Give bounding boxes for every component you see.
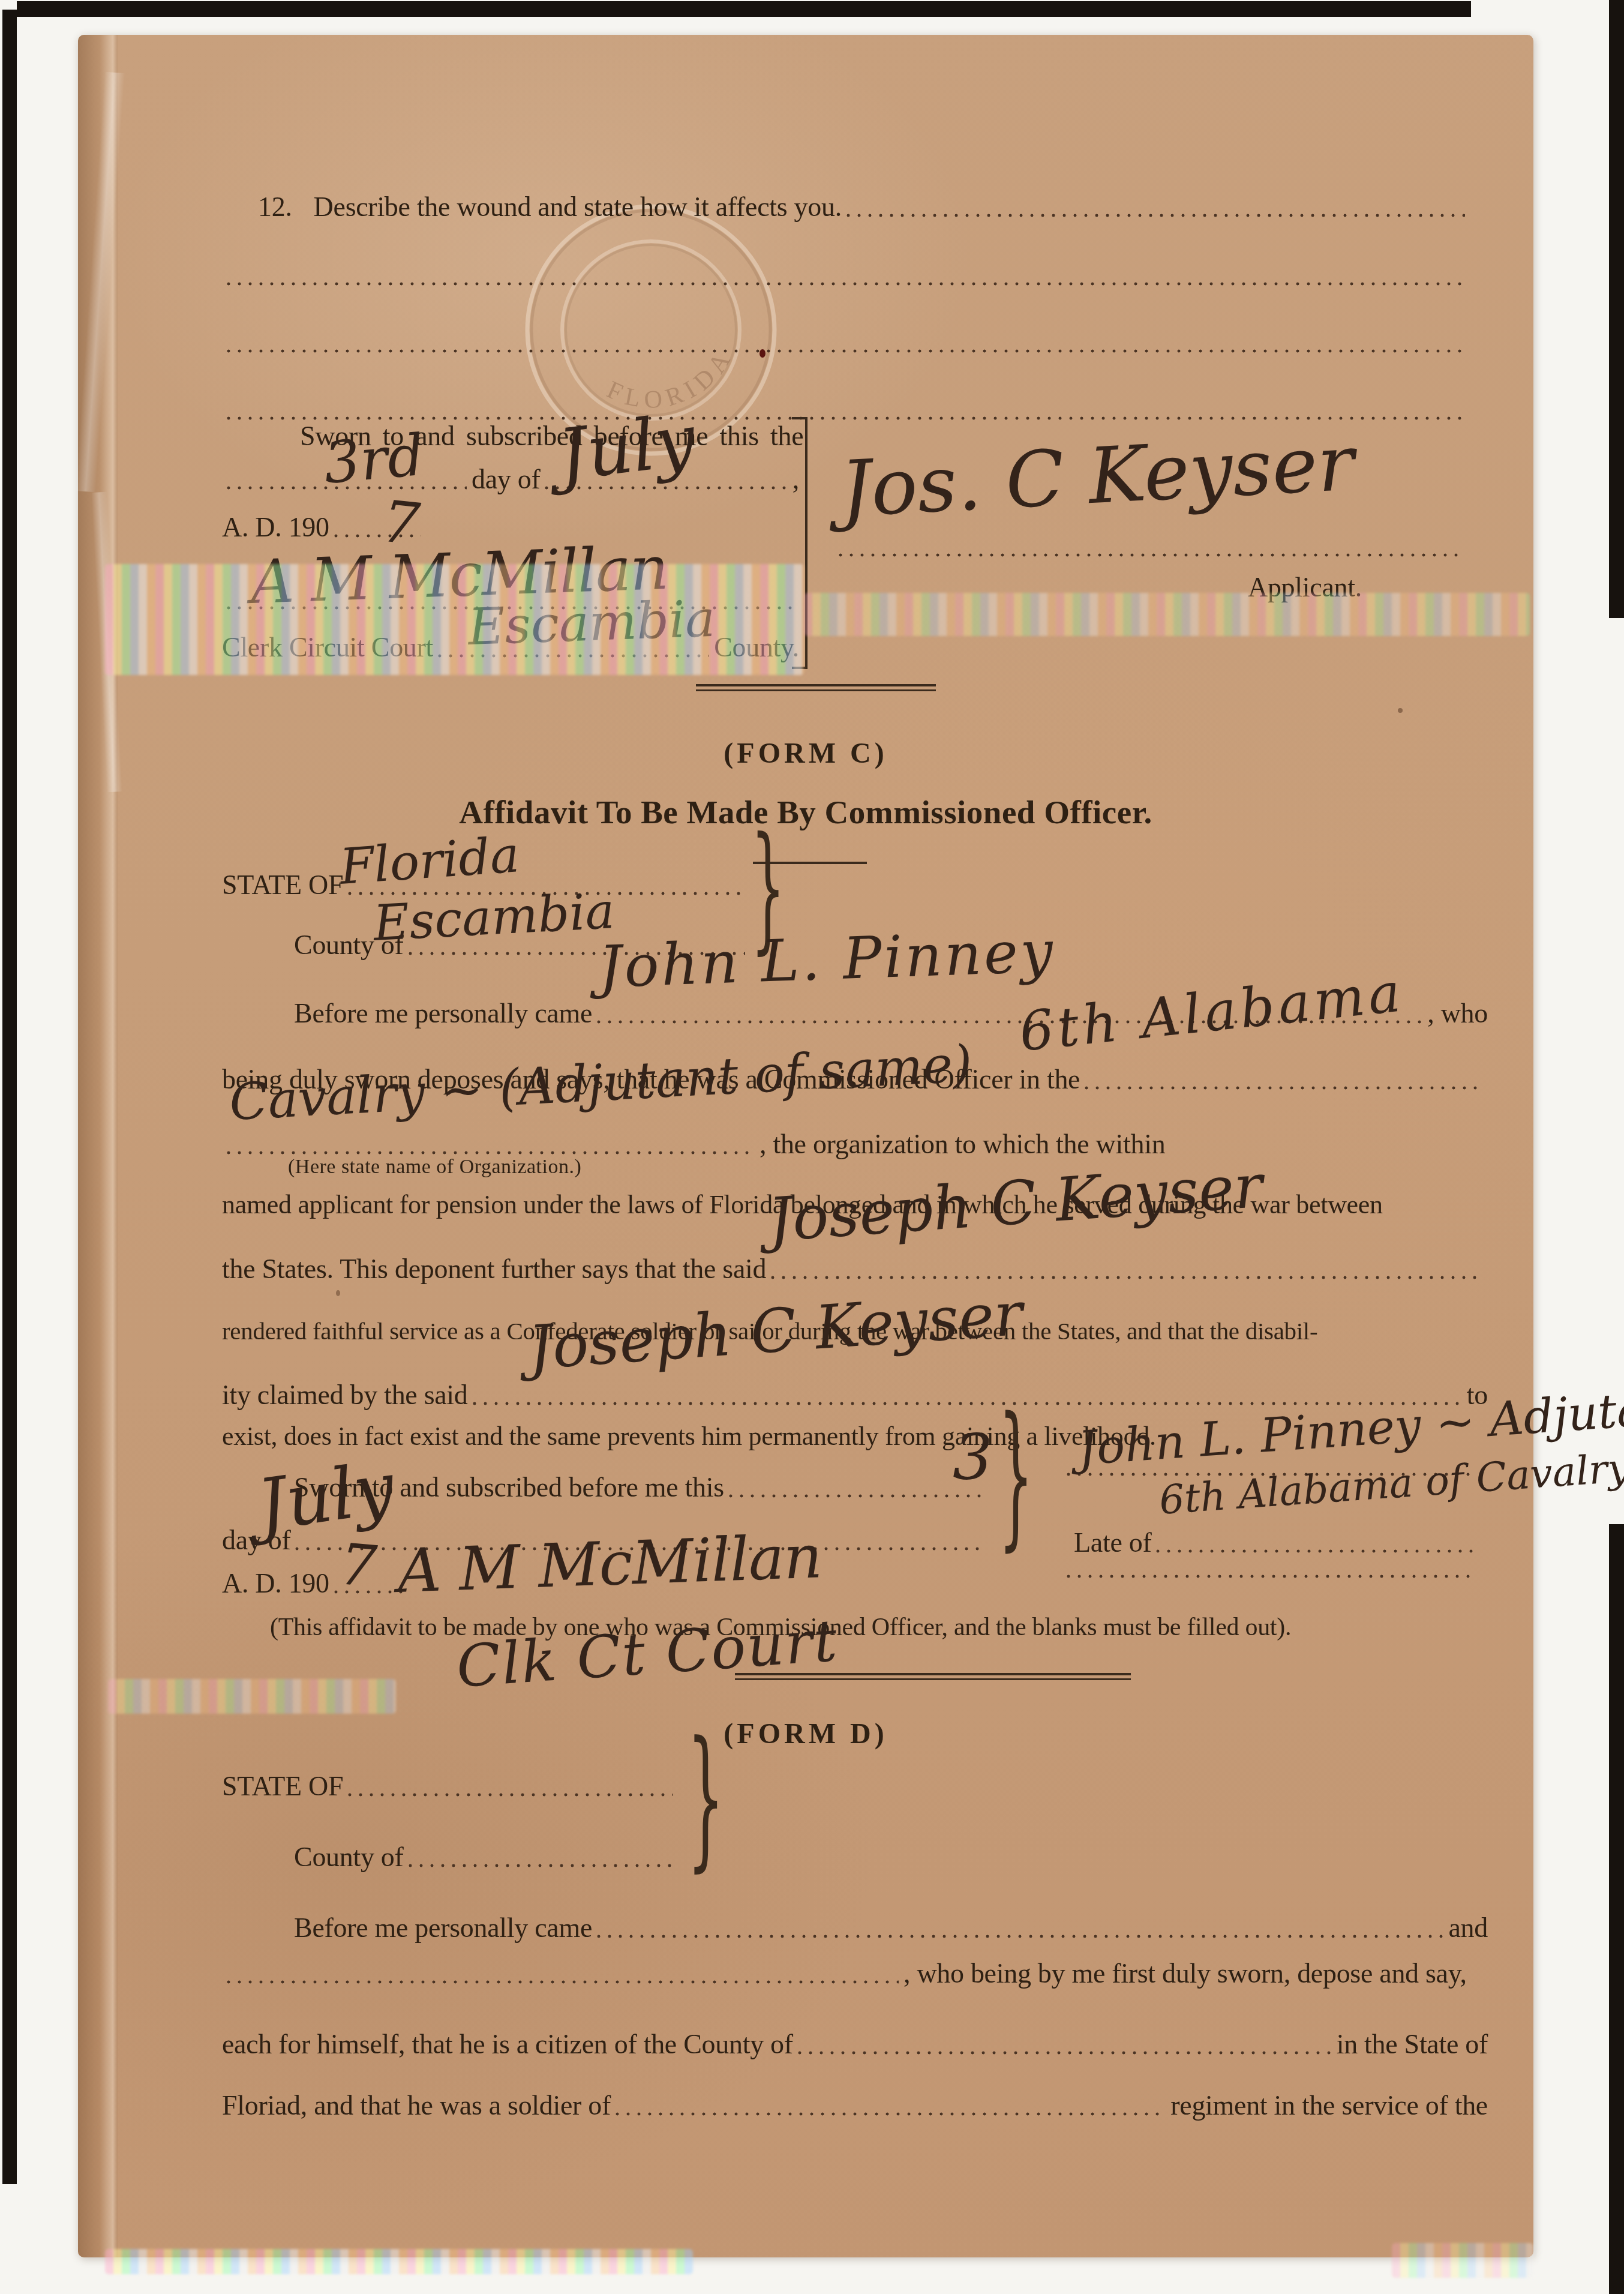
dotted-leader	[227, 282, 1465, 286]
form-c-title: Affidavit To Be Made By Commissioned Off…	[326, 793, 1286, 831]
dotted-leader	[839, 553, 1463, 557]
dotted-leader	[1085, 1086, 1483, 1090]
holographic-band	[105, 2249, 693, 2274]
state-line-d: STATE OF	[222, 1770, 678, 1802]
came-line-d: Before me personally came and	[294, 1912, 1488, 1944]
dotted-leader	[473, 1402, 1462, 1405]
citizen-suffix-d: in the State of	[1337, 2028, 1488, 2060]
citizen-text-d: each for himself, that he is a citizen o…	[222, 2028, 793, 2060]
soldier-suffix-d: regiment in the service of the	[1170, 2089, 1488, 2121]
state-label: STATE OF	[222, 869, 343, 901]
state-label-d: STATE OF	[222, 1770, 343, 1802]
dotted-leader	[798, 2051, 1332, 2055]
answer-line	[222, 282, 1470, 291]
organization-suffix: , the organization to which the within	[760, 1128, 1165, 1160]
dotted-leader	[1067, 1575, 1477, 1578]
organization-note-text: (Here state name of Organization.)	[288, 1156, 581, 1179]
form-d-label-text: (FORM D)	[626, 1717, 986, 1750]
holographic-band	[108, 1679, 396, 1714]
form-c-label-text: (FORM C)	[626, 737, 986, 770]
handwriting-day-3-c: 3	[953, 1421, 993, 1494]
county-label-d: County of	[294, 1841, 404, 1873]
question-12: 12. Describe the wound and state how it …	[258, 191, 1470, 223]
form-d-label: (FORM D)	[626, 1717, 986, 1750]
ad-label-c: A. D. 190	[222, 1567, 329, 1599]
late-of-line-c: Late of	[1074, 1527, 1482, 1558]
came-suffix: , who	[1427, 997, 1488, 1029]
dotted-leader	[846, 214, 1465, 217]
citizen-line-d: each for himself, that he is a citizen o…	[222, 2028, 1488, 2060]
handwriting-month-july: July	[554, 398, 700, 497]
ity-line-c: ity claimed by the said to	[222, 1379, 1488, 1411]
scan-edge-right-bottom	[1609, 1524, 1624, 2294]
handwriting-day-3rd: 3rd	[321, 422, 427, 497]
question-text: Describe the wound and state how it affe…	[314, 191, 842, 223]
scan-edge-top	[17, 1, 1471, 17]
sworn-text-d: , who being by me first duly sworn, depo…	[903, 1957, 1467, 1989]
states-line-c: the States. This deponent further says t…	[222, 1253, 1488, 1285]
came-label-d: Before me personally came	[294, 1912, 592, 1944]
holographic-band	[1392, 2243, 1533, 2278]
soldier-line-d: Floriad, and that he was a soldier of re…	[222, 2089, 1488, 2121]
divider-rule	[696, 684, 936, 686]
dotted-leader	[616, 2112, 1166, 2116]
ity-text: ity claimed by the said	[222, 1379, 468, 1411]
came-label: Before me personally came	[294, 997, 592, 1029]
ad-label: A. D. 190	[222, 511, 329, 543]
dotted-leader	[227, 349, 1465, 353]
dotted-leader	[729, 1494, 985, 1498]
scan-edge-left	[2, 10, 17, 2184]
day-of-label: day of	[472, 463, 540, 495]
ad-line-c: A. D. 190	[222, 1567, 414, 1599]
came-suffix-d: and	[1448, 1912, 1488, 1944]
dotted-leader	[1156, 1549, 1477, 1553]
paper-speck	[336, 1290, 340, 1296]
answer-line	[222, 349, 1470, 358]
county-line-d: County of	[294, 1841, 678, 1873]
dotted-leader	[227, 1151, 755, 1155]
form-c-label: (FORM C)	[626, 737, 986, 770]
handwriting-year-7-c: 7	[337, 1531, 379, 1600]
late-of-label: Late of	[1074, 1527, 1151, 1558]
paper-speck	[1398, 708, 1403, 713]
dotted-leader	[227, 1980, 899, 1984]
sworn-line-c: Sworn to and subscribed before me this	[294, 1471, 990, 1503]
divider-rule	[735, 1673, 1131, 1675]
scan-edge-right-top	[1609, 0, 1624, 618]
comma: ,	[793, 463, 799, 495]
applicant-signature-line	[834, 553, 1467, 562]
sworn-line-d: , who being by me first duly sworn, depo…	[222, 1957, 1488, 1989]
dotted-leader	[597, 1935, 1443, 1938]
ink-speck	[760, 349, 766, 358]
dotted-leader	[348, 1793, 673, 1797]
organization-note: (Here state name of Organization.)	[288, 1156, 581, 1179]
state-county-brace-d: }	[687, 1721, 724, 1873]
states-text: the States. This deponent further says t…	[222, 1253, 766, 1285]
handwriting-clerk-signature-c: A M McMillan	[397, 1521, 823, 1606]
form-c-title-text: Affidavit To Be Made By Commissioned Off…	[326, 793, 1286, 831]
soldier-text-d: Floriad, and that he was a soldier of	[222, 2089, 611, 2121]
jurat-day-line: day of ,	[222, 463, 799, 495]
holographic-band	[105, 564, 804, 675]
sworn-brace-c: }	[998, 1396, 1033, 1552]
holographic-band	[804, 593, 1530, 636]
dotted-leader	[409, 1864, 673, 1867]
question-number: 12.	[258, 191, 292, 223]
empty-leader-c	[1062, 1575, 1482, 1584]
dotted-leader	[771, 1276, 1483, 1279]
